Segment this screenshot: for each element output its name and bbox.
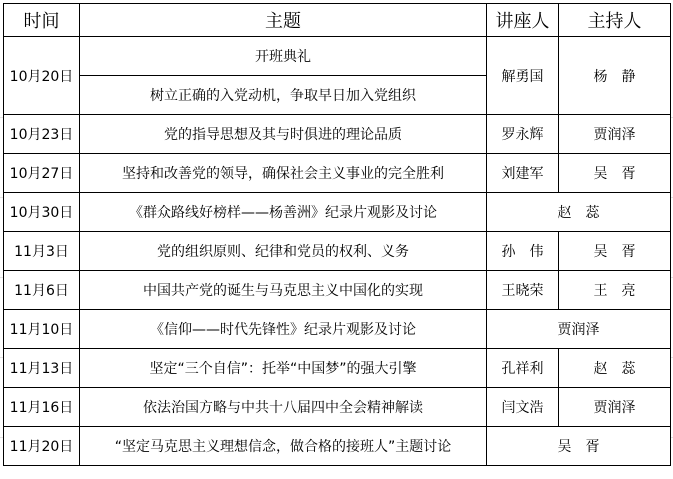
host-cell: 吴 胥 xyxy=(559,154,671,193)
topic-cell: 中国共产党的诞生与马克思主义中国化的实现 xyxy=(80,271,487,310)
header-time: 时间 xyxy=(4,4,80,37)
date-cell: 11月6日 xyxy=(4,271,80,310)
speaker-cell: 刘建军 xyxy=(487,154,559,193)
date-cell: 10月23日 xyxy=(4,115,80,154)
topic-cell: 树立正确的入党动机，争取早日加入党组织 xyxy=(80,76,487,115)
date-cell: 11月20日 xyxy=(4,427,80,466)
speaker-cell: 闫文浩 xyxy=(487,388,559,427)
speaker-host-merged-cell: 赵 蕊 xyxy=(487,193,671,232)
date-cell: 10月27日 xyxy=(4,154,80,193)
speaker-cell: 王晓荣 xyxy=(487,271,559,310)
table-row: 11月6日 中国共产党的诞生与马克思主义中国化的实现 王晓荣 王 亮 xyxy=(4,271,671,310)
date-cell: 10月30日 xyxy=(4,193,80,232)
speaker-cell: 罗永辉 xyxy=(487,115,559,154)
table-row: 10月30日 《群众路线好榜样——杨善洲》纪录片观影及讨论 赵 蕊 xyxy=(4,193,671,232)
topic-cell: 坚定“三个自信”：托举“中国梦”的强大引擎 xyxy=(80,349,487,388)
date-cell: 11月16日 xyxy=(4,388,80,427)
topic-cell: 开班典礼 xyxy=(80,37,487,76)
date-cell: 11月13日 xyxy=(4,349,80,388)
host-cell: 王 亮 xyxy=(559,271,671,310)
speaker-host-merged-cell: 吴 胥 xyxy=(487,427,671,466)
header-speaker: 讲座人 xyxy=(487,4,559,37)
topic-cell: 党的指导思想及其与时俱进的理论品质 xyxy=(80,115,487,154)
host-cell: 贾润泽 xyxy=(559,388,671,427)
table-row: 11月3日 党的组织原则、纪律和党员的权利、义务 孙 伟 吴 胥 xyxy=(4,232,671,271)
table-row: 10月23日 党的指导思想及其与时俱进的理论品质 罗永辉 贾润泽 xyxy=(4,115,671,154)
host-cell: 吴 胥 xyxy=(559,232,671,271)
table-row: 10月27日 坚持和改善党的领导，确保社会主义事业的完全胜利 刘建军 吴 胥 xyxy=(4,154,671,193)
speaker-cell: 孙 伟 xyxy=(487,232,559,271)
topic-cell: 党的组织原则、纪律和党员的权利、义务 xyxy=(80,232,487,271)
host-cell: 赵 蕊 xyxy=(559,349,671,388)
table-row: 10月20日 开班典礼 解勇国 杨 静 xyxy=(4,37,671,76)
speaker-host-merged-cell: 贾润泽 xyxy=(487,310,671,349)
schedule-table: 时间 主题 讲座人 主持人 10月20日 开班典礼 解勇国 杨 静 树立正确的入… xyxy=(3,3,671,466)
table-row: 11月13日 坚定“三个自信”：托举“中国梦”的强大引擎 孔祥利 赵 蕊 xyxy=(4,349,671,388)
speaker-cell: 解勇国 xyxy=(487,37,559,115)
topic-cell: 坚持和改善党的领导，确保社会主义事业的完全胜利 xyxy=(80,154,487,193)
header-row: 时间 主题 讲座人 主持人 xyxy=(4,4,671,37)
table-row: 11月10日 《信仰——时代先锋性》纪录片观影及讨论 贾润泽 xyxy=(4,310,671,349)
topic-cell: 《群众路线好榜样——杨善洲》纪录片观影及讨论 xyxy=(80,193,487,232)
topic-cell: 依法治国方略与中共十八届四中全会精神解读 xyxy=(80,388,487,427)
speaker-cell: 孔祥利 xyxy=(487,349,559,388)
header-host: 主持人 xyxy=(559,4,671,37)
table-row: 11月16日 依法治国方略与中共十八届四中全会精神解读 闫文浩 贾润泽 xyxy=(4,388,671,427)
topic-cell: 《信仰——时代先锋性》纪录片观影及讨论 xyxy=(80,310,487,349)
date-cell: 11月3日 xyxy=(4,232,80,271)
date-cell: 11月10日 xyxy=(4,310,80,349)
host-cell: 贾润泽 xyxy=(559,115,671,154)
header-topic: 主题 xyxy=(80,4,487,37)
table-row: 11月20日 “坚定马克思主义理想信念，做合格的接班人”主题讨论 吴 胥 xyxy=(4,427,671,466)
host-cell: 杨 静 xyxy=(559,37,671,115)
topic-cell: “坚定马克思主义理想信念，做合格的接班人”主题讨论 xyxy=(80,427,487,466)
date-cell: 10月20日 xyxy=(4,37,80,115)
